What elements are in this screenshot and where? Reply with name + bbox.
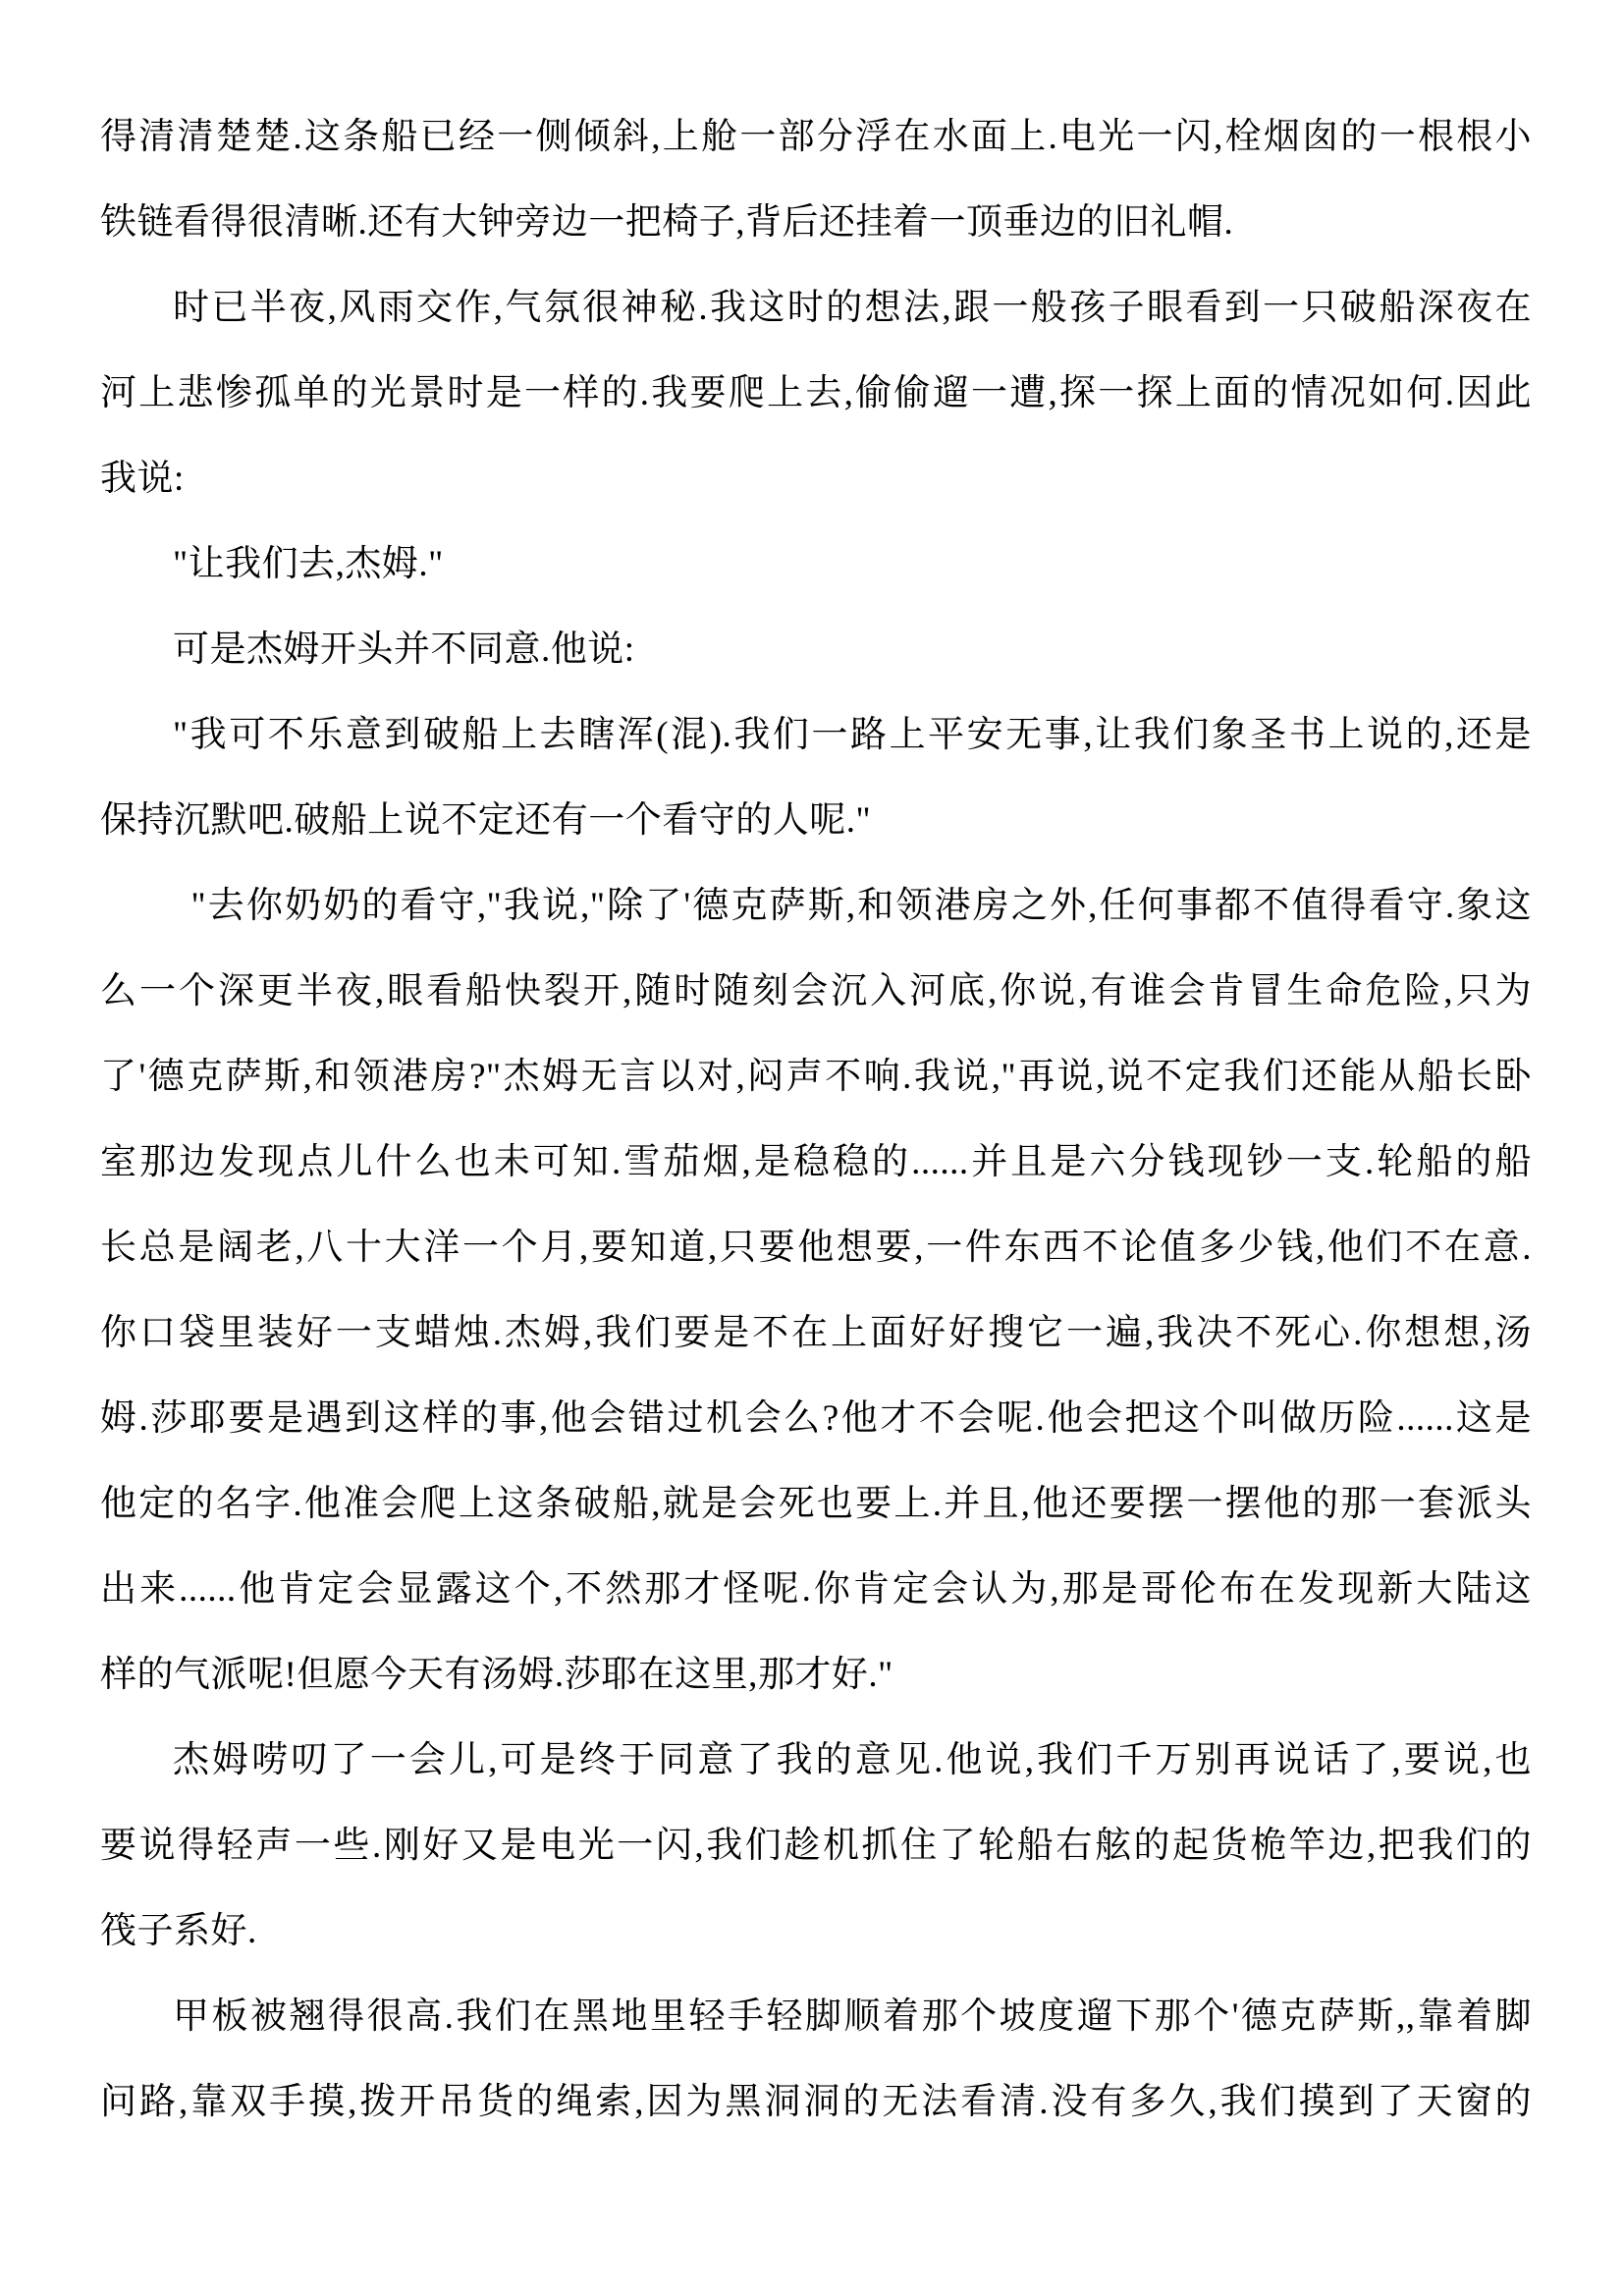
text-line: 出来......他肯定会显露这个,不然那才怪呢.你肯定会认为,那是哥伦布在发现新… <box>100 1547 1532 1632</box>
text-column: 得清清楚楚.这条船已经一侧倾斜,上舱一部分浮在水面上.电光一闪,栓烟囱的一根根小… <box>100 94 1532 2145</box>
text-line: 要说得轻声一些.刚好又是电光一闪,我们趁机抓住了轮船右舷的起货桅竿边,把我们的 <box>100 1803 1532 1888</box>
text-line: 我说: <box>100 436 1532 521</box>
text-line: 杰姆唠叨了一会儿,可是终于同意了我的意见.他说,我们千万别再说话了,要说,也 <box>100 1718 1532 1803</box>
text-line: 可是杰姆开头并不同意.他说: <box>100 607 1532 692</box>
text-line: 你口袋里装好一支蜡烛.杰姆,我们要是不在上面好好搜它一遍,我决不死心.你想想,汤 <box>100 1290 1532 1376</box>
text-line: 时已半夜,风雨交作,气氛很神秘.我这时的想法,跟一般孩子眼看到一只破船深夜在 <box>100 265 1532 351</box>
text-line: 了'德克萨斯,和领港房?"杰姆无言以对,闷声不响.我说,"再说,说不定我们还能从… <box>100 1034 1532 1120</box>
document-page: 得清清楚楚.这条船已经一侧倾斜,上舱一部分浮在水面上.电光一闪,栓烟囱的一根根小… <box>0 0 1623 2296</box>
text-line: 铁链看得很清晰.还有大钟旁边一把椅子,背后还挂着一顶垂边的旧礼帽. <box>100 180 1532 265</box>
text-line: 得清清楚楚.这条船已经一侧倾斜,上舱一部分浮在水面上.电光一闪,栓烟囱的一根根小 <box>100 94 1532 180</box>
text-line: "去你奶奶的看守,"我说,"除了'德克萨斯,和领港房之外,任何事都不值得看守.象… <box>100 863 1532 949</box>
text-line: 河上悲惨孤单的光景时是一样的.我要爬上去,偷偷遛一遭,探一探上面的情况如何.因此 <box>100 351 1532 436</box>
text-line: 姆.莎耶要是遇到这样的事,他会错过机会么?他才不会呢.他会把这个叫做历险....… <box>100 1376 1532 1461</box>
text-line: "我可不乐意到破船上去瞎浑(混).我们一路上平安无事,让我们象圣书上说的,还是 <box>100 692 1532 778</box>
text-line: 问路,靠双手摸,拨开吊货的绳索,因为黑洞洞的无法看清.没有多久,我们摸到了天窗的 <box>100 2059 1532 2145</box>
text-line: 甲板被翘得很高.我们在黑地里轻手轻脚顺着那个坡度遛下那个'德克萨斯,,靠着脚 <box>100 1974 1532 2059</box>
text-line: "让我们去,杰姆." <box>100 521 1532 607</box>
text-line: 长总是阔老,八十大洋一个月,要知道,只要他想要,一件东西不论值多少钱,他们不在意… <box>100 1205 1532 1290</box>
text-line: 他定的名字.他准会爬上这条破船,就是会死也要上.并且,他还要摆一摆他的那一套派头 <box>100 1461 1532 1547</box>
text-line: 样的气派呢!但愿今天有汤姆.莎耶在这里,那才好." <box>100 1632 1532 1718</box>
text-line: 筏子系好. <box>100 1888 1532 1974</box>
text-line: 保持沉默吧.破船上说不定还有一个看守的人呢." <box>100 778 1532 863</box>
text-line: 么一个深更半夜,眼看船快裂开,随时随刻会沉入河底,你说,有谁会肯冒生命危险,只为 <box>100 949 1532 1034</box>
text-line: 室那边发现点儿什么也未可知.雪茄烟,是稳稳的......并且是六分钱现钞一支.轮… <box>100 1120 1532 1205</box>
